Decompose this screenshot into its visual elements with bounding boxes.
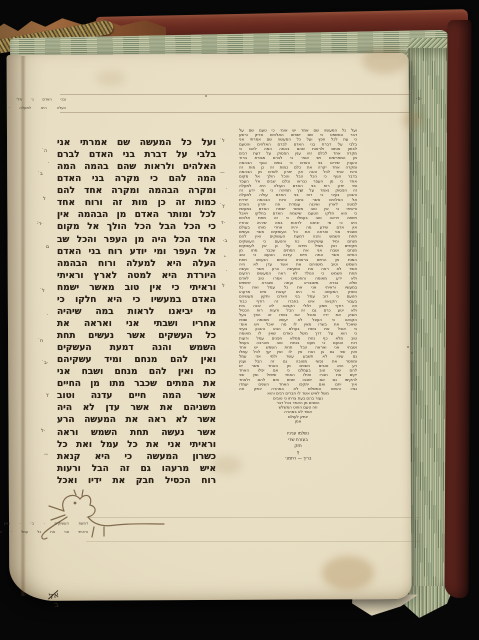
bible-text-line: כמות זה כן מות זה ורוח אחד: [57, 197, 216, 209]
stain: [362, 48, 408, 74]
bible-text-line: כשרון המעשה כי היא קנאת: [57, 451, 216, 463]
bible-text-line: איש מרעהו גם זה הבל ורעות: [57, 463, 216, 475]
stain: [322, 556, 374, 590]
bible-text-line: לכל ומותר האדם מן הבהמה אין: [57, 209, 216, 221]
bible-text-line: אל העפר ומי יודע רוח בני האדם: [57, 246, 216, 258]
stain: [212, 456, 242, 474]
bible-text-line: בלבי על דברת בני האדם לברם: [57, 149, 216, 161]
bible-text-line: המה להם כי מקרה בני האדם: [57, 173, 216, 185]
bible-text-line: כל העשקים אשר נעשים תחת: [57, 330, 216, 342]
bible-text-line: אחריו ושבתי אני ואראה את: [57, 318, 216, 330]
bible-text-line: ועל כל המעשה שם אמרתי אני: [57, 137, 216, 149]
bible-text-line: אחד הכל היה מן העפר והכל שב: [57, 234, 216, 246]
gutter-fold-shadow: [20, 56, 26, 596]
bible-text-line: וראיתי כי אין טוב מאשר ישמח: [57, 282, 216, 294]
bible-text-line: אשר המה חיים עדנה וטוב: [57, 390, 216, 402]
stain: [96, 70, 126, 86]
manuscript-photo: ובני האדם ג׳ מל׳ · דכות׳ במקרה · וסימנ׳ …: [0, 0, 479, 640]
masorah-top-line1: ובני האדם ג׳ מל׳ · דכות׳ במקרה · וסימנ׳ …: [0, 95, 66, 104]
masorah-top-line2: העלה היא למעלה · וסימנ׳ · היורדת היא למט…: [0, 104, 66, 113]
bible-text-column: ועל כל המעשה שם אמרתי אניבלבי על דברת בנ…: [57, 137, 216, 487]
bible-text-line: וראיתי אני את כל עמל ואת כל: [57, 439, 216, 451]
bible-text-line: אשר לא ראה את המעשה הרע: [57, 414, 216, 426]
bible-text-line: אשר נעשה תחת השמש וראה: [57, 427, 216, 439]
bible-text-line: ומקרה הבהמה ומקרה אחד להם: [57, 185, 216, 197]
masorah-bottom-line1: דמעת העשוקים · ב׳ · ואין להם מנחם · וסימ…: [0, 519, 88, 528]
masorah-bottom-line2: וראיתי אני את כל עמל · קנאת איש מרעהו · …: [0, 528, 88, 537]
bible-text-line: מי יביאנו לראות במה שיהיה: [57, 306, 216, 318]
commentary-column: ועל כל המעשה שם אמר יש אומ׳ כי טעם שם על…: [239, 128, 357, 458]
bible-text-line: כח ואין להם מנחם ושבח אני: [57, 366, 216, 378]
speck: [411, 352, 413, 354]
commentary-colophon-line: בריך — רחמנ׳: [267, 457, 328, 463]
bible-text-line: כי הכל הבל הכל הולך אל מקום: [57, 221, 216, 233]
bible-text-line: היורדת היא למטה לארץ וראיתי: [57, 270, 216, 282]
book-cover-right: [444, 20, 471, 598]
speck: [407, 346, 409, 348]
bible-text-line: את המתים שכבר מתו מן החיים: [57, 378, 216, 390]
ruling-line: [86, 541, 420, 542]
bible-text-line: השמש והנה דמעת העשקים: [57, 342, 216, 354]
bible-text-line: העלה היא למעלה ורוח הבהמה: [57, 258, 216, 270]
masorah-bottom: דמעת העשוקים · ב׳ · ואין להם מנחם · וסימ…: [88, 519, 418, 539]
header-mark: ·פ·: [416, 96, 422, 101]
commentary-taper-line: אמן: [290, 419, 307, 424]
bible-text-line: ואין להם מנחם ומיד עשקיהם: [57, 354, 216, 366]
masorah-top: ובני האדם ג׳ מל׳ · דכות׳ במקרה · וסימנ׳ …: [66, 95, 414, 115]
bible-text-line: האלהים ולראות שהם בהמה המה: [57, 161, 216, 173]
bible-text-line: משניהם את אשר עדן לא היה: [57, 402, 216, 414]
bible-text-line: האדם במעשיו כי היא חלקו כי: [57, 294, 216, 306]
bible-text-line: רוח הכסיל חבק את ידיו ואכל: [57, 475, 216, 487]
